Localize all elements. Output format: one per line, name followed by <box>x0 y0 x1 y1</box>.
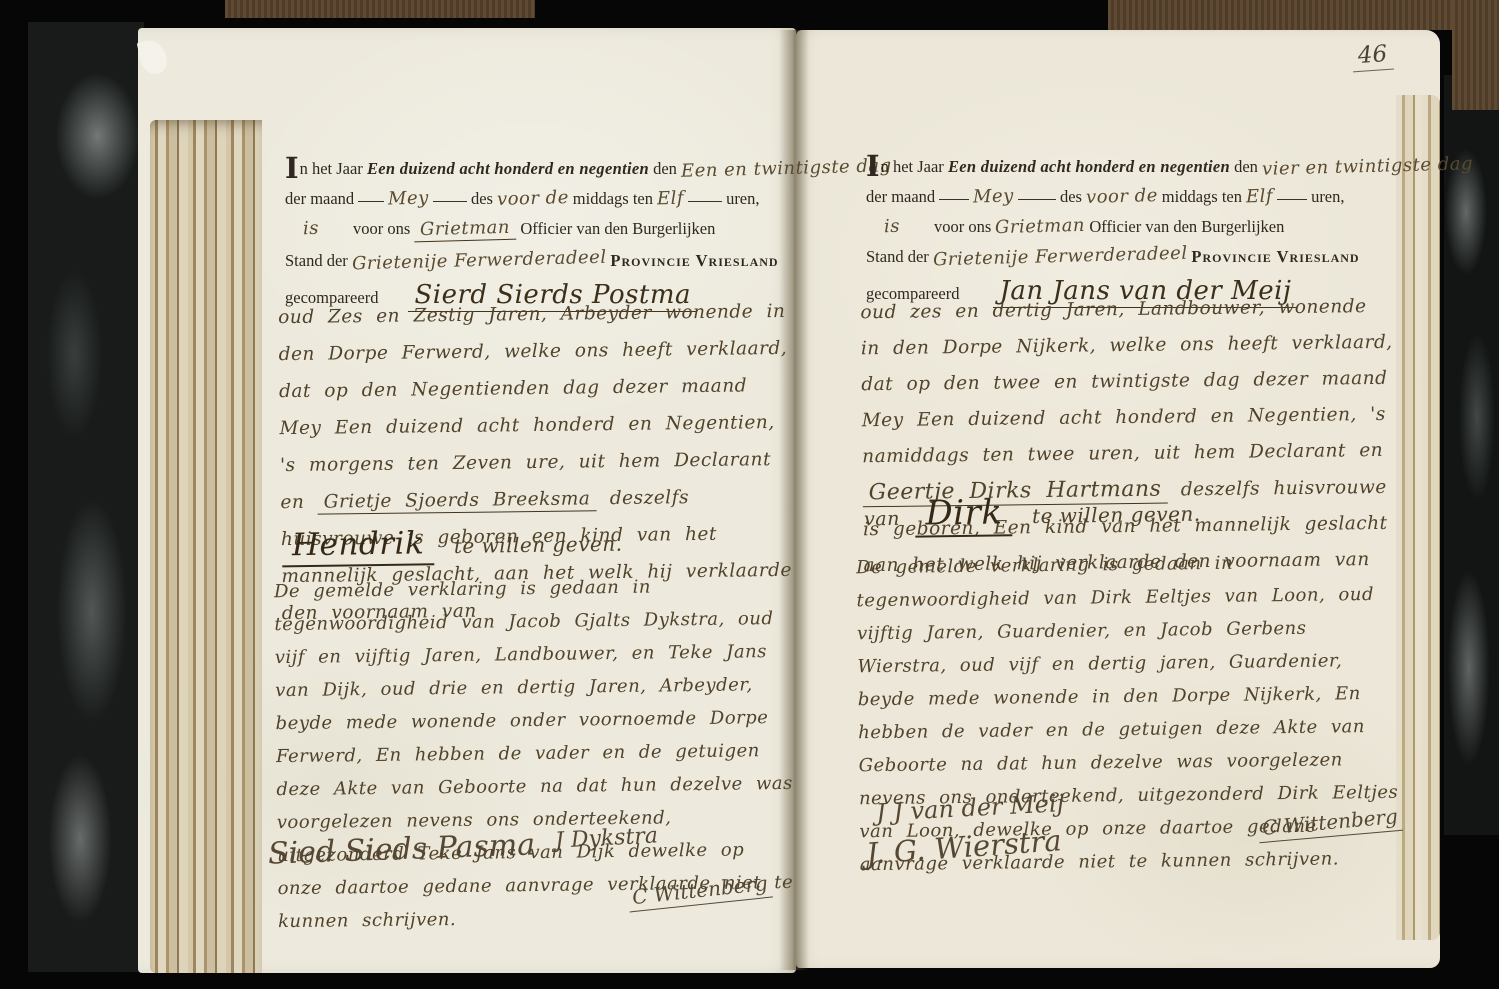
printed-text: middags ten <box>573 189 653 208</box>
handwritten-district: Grietenije Ferwerderadeel <box>352 247 607 275</box>
handwritten-officer: Grietman <box>414 217 517 243</box>
marbled-board-left <box>28 22 144 972</box>
form-line-month: der maand Mey des voor de middags ten El… <box>285 188 790 209</box>
form-line-year: In het Jaar Een duizend acht honderd en … <box>866 156 1386 177</box>
handwritten-van: van <box>864 508 900 530</box>
printed-text: n het Jaar <box>881 157 944 176</box>
printed-text: middags ten <box>1162 187 1242 206</box>
page-edges-right <box>1396 95 1440 940</box>
cloth-spine-top-left <box>225 0 535 18</box>
printed-text: voor ons <box>934 217 991 236</box>
printed-province: Provincie Vriesland <box>1191 247 1359 266</box>
printed-text: den <box>653 159 677 178</box>
handwritten-hour: Elf <box>1246 186 1274 208</box>
printed-text: Stand der <box>285 251 348 270</box>
printed-text: des <box>1060 187 1082 206</box>
printed-text: Stand der <box>866 247 929 266</box>
cloth-corner-top-right <box>1108 0 1499 30</box>
form-line-month: der maand Mey des voor de middags ten El… <box>866 186 1386 207</box>
form-line-officer: is voor ons Grietman Officier van den Bu… <box>285 218 790 241</box>
printed-text: uren, <box>726 189 759 208</box>
child-name: Hendrik <box>282 525 435 567</box>
handwritten-month: Mey <box>388 187 429 209</box>
page-number: 46 <box>1351 41 1394 73</box>
left-child-line: Hendrik te willen geven. <box>282 523 623 564</box>
printed-text: den <box>1234 157 1258 176</box>
printed-year: Een duizend acht honderd en negentien <box>948 157 1230 176</box>
printed-text: des <box>471 189 493 208</box>
child-name: Dirk <box>915 492 1013 537</box>
drop-cap: I <box>285 151 299 185</box>
form-line-year: In het Jaar Een duizend acht honderd en … <box>285 158 790 179</box>
printed-text: Officier van den Burgerlijken <box>520 219 715 238</box>
printed-year: Een duizend acht honderd en negentien <box>367 159 649 178</box>
printed-text: Officier van den Burgerlijken <box>1089 217 1284 236</box>
handwritten-body: oud Zes en Zestig Jaren, Arbeyder wonend… <box>278 301 787 513</box>
form-line-district: Stand der Grietenije Ferwerderadeel Prov… <box>285 250 790 271</box>
fill-rule <box>1277 189 1307 200</box>
cloth-edge-right <box>1452 0 1499 110</box>
handwritten-district: Grietenije Ferwerderadeel <box>933 243 1188 271</box>
handwritten-is: is <box>303 218 320 239</box>
marbled-board-right <box>1444 75 1499 835</box>
mother-name: Grietje Sjoerds Breeksma <box>318 488 597 514</box>
right-body-paragraph: oud zes en dertig Jaren, Landbouwer, won… <box>860 289 1398 585</box>
handwritten-suffix: te willen geven. <box>454 532 623 558</box>
drop-cap: I <box>866 149 880 183</box>
printed-text: voor ons <box>353 219 410 238</box>
page-edges-left <box>150 120 262 973</box>
book-scan: 46 In het Jaar Een duizend acht honderd … <box>0 0 1499 989</box>
handwritten-daypart: voor de <box>1086 185 1158 208</box>
printed-text: uren, <box>1311 187 1344 206</box>
handwritten-body: oud zes en dertig Jaren, Landbouwer, won… <box>860 296 1392 467</box>
fill-rule <box>358 191 384 202</box>
handwritten-daypart: voor de <box>497 187 569 210</box>
handwritten-suffix: te willen geven. <box>1032 502 1201 528</box>
fill-rule <box>1018 189 1056 200</box>
handwritten-day: vier en twintigste dag <box>1262 153 1473 180</box>
fill-rule <box>939 189 969 200</box>
printed-province: Provincie Vriesland <box>610 251 778 270</box>
handwritten-is: is <box>884 216 901 237</box>
handwritten-hour: Elf <box>657 188 685 210</box>
printed-text: der maand <box>866 187 935 206</box>
handwritten-officer: Grietman <box>995 215 1086 238</box>
handwritten-month: Mey <box>973 185 1014 207</box>
form-line-district: Stand der Grietenije Ferwerderadeel Prov… <box>866 246 1386 267</box>
fill-rule <box>688 191 722 202</box>
printed-text: der maand <box>285 189 354 208</box>
fill-rule <box>433 191 467 202</box>
printed-text: n het Jaar <box>300 159 363 178</box>
right-child-line: van Dirk te willen geven. <box>864 490 1201 535</box>
form-line-officer: is voor ons Grietman Officier van den Bu… <box>866 216 1386 237</box>
